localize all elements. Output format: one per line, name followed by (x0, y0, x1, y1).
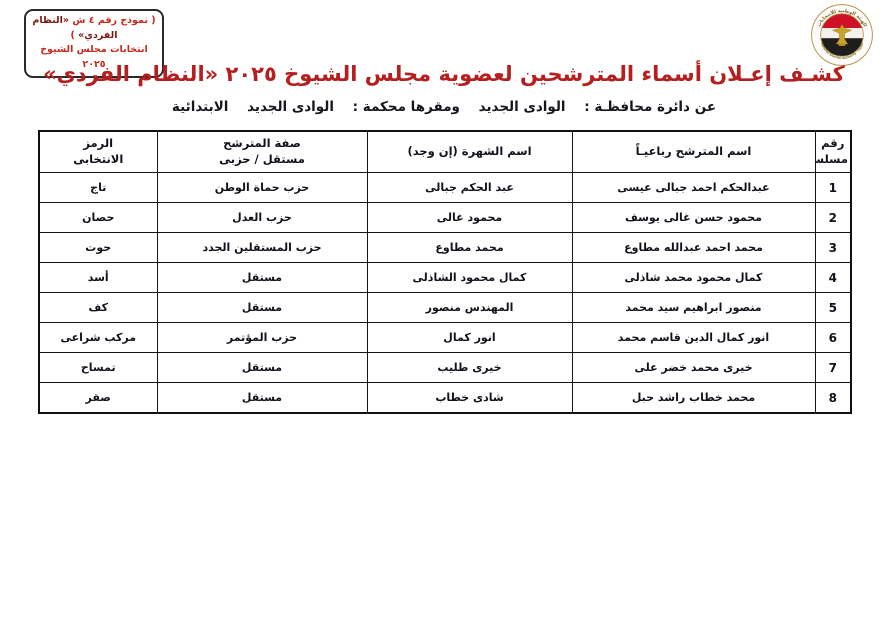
table-row: 3 محمد احمد عبدالله مطاوع محمد مطاوع حزب… (39, 233, 851, 263)
table-row: 5 منصور ابراهيم سيد محمد المهندس منصور م… (39, 293, 851, 323)
cell-symbol: أسد (39, 263, 157, 293)
table-row: 1 عبدالحكم احمد جبالى عيسى عبد الحكم جبا… (39, 173, 851, 203)
cell-name: عبدالحكم احمد جبالى عيسى (572, 173, 815, 203)
candidates-table: رقممسلسل اسم المترشح رباعيـاً اسم الشهرة… (38, 130, 852, 414)
cell-party: حزب المستقلين الجدد (157, 233, 367, 263)
cell-symbol: حصان (39, 203, 157, 233)
cell-party: مستقل (157, 293, 367, 323)
form-number-line1: ( نموذج رقم ٤ ش «النظام الفردي» ) (30, 14, 158, 43)
cell-party: حزب العدل (157, 203, 367, 233)
cell-famous: المهندس منصور (367, 293, 572, 323)
cell-party: مستقل (157, 383, 367, 414)
cell-name: خيرى محمد خضر على (572, 353, 815, 383)
cell-famous: كمال محمود الشاذلى (367, 263, 572, 293)
cell-serial: 6 (815, 323, 851, 353)
cell-symbol: تمساح (39, 353, 157, 383)
cell-serial: 2 (815, 203, 851, 233)
cell-symbol: مركب شراعى (39, 323, 157, 353)
cell-famous: انور كمال (367, 323, 572, 353)
cell-famous: عبد الحكم جبالى (367, 173, 572, 203)
cell-famous: خيرى طليب (367, 353, 572, 383)
cell-symbol: حوت (39, 233, 157, 263)
table-row: 7 خيرى محمد خضر على خيرى طليب مستقل تمسا… (39, 353, 851, 383)
court-label: ومقرها محكمة : (353, 99, 460, 115)
cell-symbol: صقر (39, 383, 157, 414)
cell-famous: محمود غالى (367, 203, 572, 233)
header-candidate-name: اسم المترشح رباعيـاً (572, 131, 815, 173)
cell-name: محمد خطاب راشد حبل (572, 383, 815, 414)
cell-name: انور كمال الدين قاسم محمد (572, 323, 815, 353)
cell-name: كمال محمود محمد شاذلى (572, 263, 815, 293)
header-famous-name: اسم الشهرة (إن وجد) (367, 131, 572, 173)
cell-name: منصور ابراهيم سيد محمد (572, 293, 815, 323)
cell-serial: 7 (815, 353, 851, 383)
table-row: 8 محمد خطاب راشد حبل شادى خطاب مستقل صقر (39, 383, 851, 414)
page-title: كشـف إعـلان أسماء المترشحين لعضوية مجلس … (0, 62, 888, 86)
table-row: 6 انور كمال الدين قاسم محمد انور كمال حز… (39, 323, 851, 353)
cell-serial: 3 (815, 233, 851, 263)
cell-serial: 8 (815, 383, 851, 414)
cell-party: مستقل (157, 353, 367, 383)
cell-party: حزب حماة الوطن (157, 173, 367, 203)
cell-serial: 4 (815, 263, 851, 293)
header-party: صفة المترشحمستقل / حزبى (157, 131, 367, 173)
court-suffix: الابتدائية (172, 99, 228, 115)
national-election-authority-emblem: الهيئة الوطنية للانتخابات National Elect… (810, 3, 874, 67)
district-subtitle: عن دائرة محافظـة : الوادى الجديد ومقرها … (0, 99, 888, 115)
cell-famous: محمد مطاوع (367, 233, 572, 263)
header-symbol: الرمزالانتخابى (39, 131, 157, 173)
cell-famous: شادى خطاب (367, 383, 572, 414)
cell-serial: 5 (815, 293, 851, 323)
cell-party: مستقل (157, 263, 367, 293)
table-row: 2 محمود حسن غالى يوسف محمود غالى حزب الع… (39, 203, 851, 233)
header-serial: رقممسلسل (815, 131, 851, 173)
cell-name: محمد احمد عبدالله مطاوع (572, 233, 815, 263)
announcement-sheet: ( نموذج رقم ٤ ش «النظام الفردي» ) انتخاب… (0, 0, 888, 624)
court-value: الوادى الجديد (247, 99, 334, 115)
cell-symbol: تاج (39, 173, 157, 203)
cell-name: محمود حسن غالى يوسف (572, 203, 815, 233)
cell-party: حزب المؤتمر (157, 323, 367, 353)
cell-serial: 1 (815, 173, 851, 203)
candidates-table-wrap: رقممسلسل اسم المترشح رباعيـاً اسم الشهرة… (38, 130, 850, 414)
table-row: 4 كمال محمود محمد شاذلى كمال محمود الشاذ… (39, 263, 851, 293)
district-value: الوادى الجديد (479, 99, 566, 115)
table-header-row: رقممسلسل اسم المترشح رباعيـاً اسم الشهرة… (39, 131, 851, 173)
cell-symbol: كف (39, 293, 157, 323)
district-label: عن دائرة محافظـة : (584, 99, 716, 115)
